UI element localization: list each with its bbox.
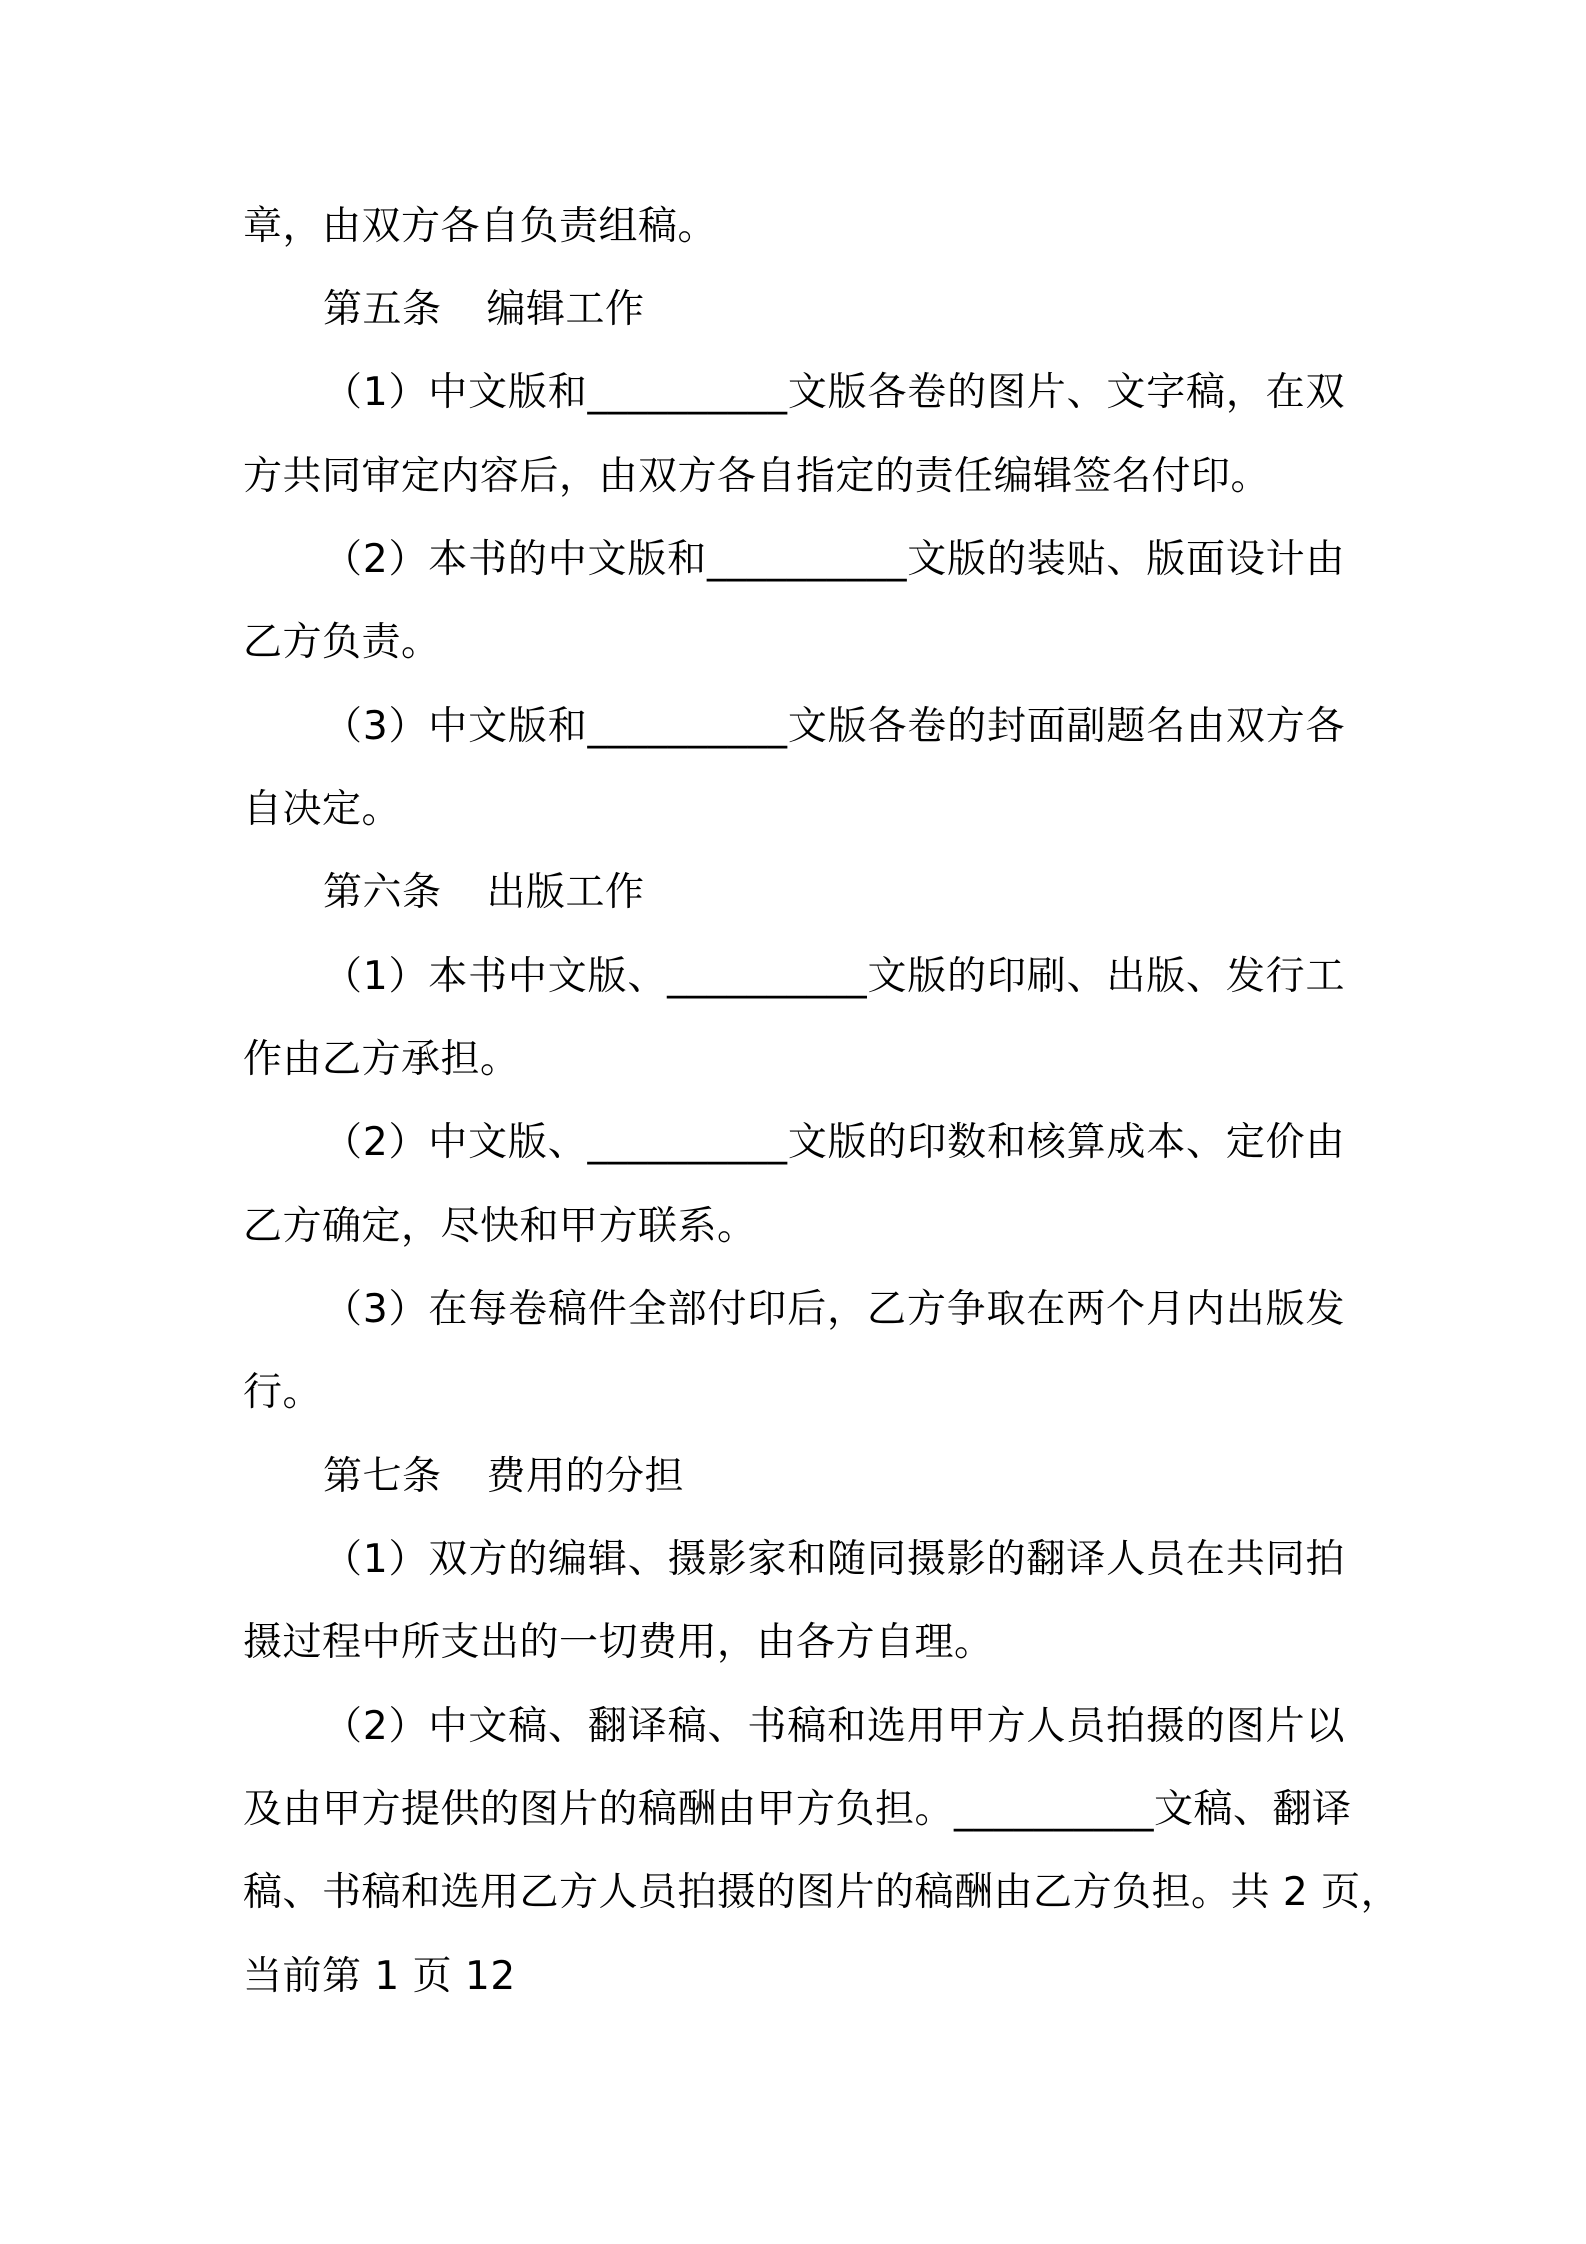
paragraph-line: 乙方负责。 (243, 618, 1345, 668)
paragraph-line: 自决定。 (243, 785, 1345, 835)
clause-item: （3）在每卷稿件全部付印后，乙方争取在两个月内出版发 (323, 1285, 1345, 1335)
page-footer: 当前第 1 页 12 (243, 1952, 1345, 2002)
clause-item: （2）本书的中文版和__________文版的装贴、版面设计由 (323, 535, 1345, 585)
paragraph-line: 及由甲方提供的图片的稿酬由甲方负担。__________文稿、翻译 (243, 1785, 1345, 1835)
paragraph-line: 方共同审定内容后，由双方各自指定的责任编辑签名付印。 (243, 452, 1345, 502)
article-number: 第六条 (323, 868, 442, 918)
paragraph-line: 章，由双方各自负责组稿。 (243, 202, 1345, 252)
paragraph-line: 作由乙方承担。 (243, 1035, 1345, 1085)
paragraph-line: 行。 (243, 1368, 1345, 1418)
document-page: 章，由双方各自负责组稿。 第五条编辑工作 （1）中文版和__________文版… (0, 0, 1586, 2244)
article-title: 出版工作 (487, 870, 645, 915)
paragraph-line: 摄过程中所支出的一切费用，由各方自理。 (243, 1618, 1345, 1668)
article-title: 编辑工作 (487, 287, 645, 332)
clause-item: （1）双方的编辑、摄影家和随同摄影的翻译人员在共同拍 (323, 1535, 1345, 1585)
paragraph-line: 稿、书稿和选用乙方人员拍摄的图片的稿酬由乙方负担。共 2 页， (243, 1868, 1345, 1918)
article-heading-5: 第五条编辑工作 (323, 285, 1345, 335)
paragraph-line: 乙方确定，尽快和甲方联系。 (243, 1202, 1345, 1252)
clause-item: （3）中文版和__________文版各卷的封面副题名由双方各 (323, 702, 1345, 752)
clause-item: （1）中文版和__________文版各卷的图片、文字稿，在双 (323, 368, 1345, 418)
article-number: 第七条 (323, 1452, 442, 1502)
clause-item: （2）中文版、__________文版的印数和核算成本、定价由 (323, 1118, 1345, 1168)
article-heading-6: 第六条出版工作 (323, 868, 1345, 918)
clause-item: （2）中文稿、翻译稿、书稿和选用甲方人员拍摄的图片以 (323, 1702, 1345, 1752)
article-title: 费用的分担 (487, 1454, 685, 1499)
article-number: 第五条 (323, 285, 442, 335)
clause-item: （1）本书中文版、__________文版的印刷、出版、发行工 (323, 952, 1345, 1002)
article-heading-7: 第七条费用的分担 (323, 1452, 1345, 1502)
